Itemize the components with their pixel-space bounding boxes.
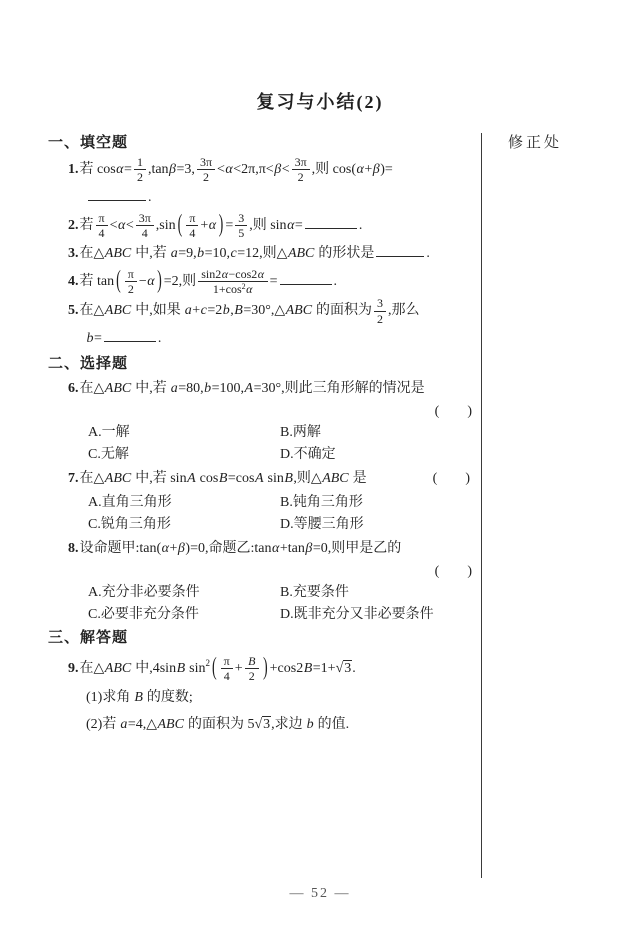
problem-7-options-row-2: C.锐角三角形D.等腰三角形 (48, 514, 472, 536)
problem-7-option-b: B.钝角三角形 (280, 492, 363, 514)
problem-1-blank-line: . (48, 185, 472, 211)
problem-5-blank-line: b=. (48, 326, 472, 352)
problem-8-options-row-1: A.充分非必要条件B.充要条件 (48, 582, 472, 604)
worksheet-page: 复习与小结(2) 修正处 一、填空题 1.若 cosα=12,tanβ=3,3π… (0, 0, 640, 948)
section-heading-fill-blank: 一、填空题 (48, 131, 472, 155)
problem-6-options-row-1: A.一解B.两解 (48, 422, 472, 444)
problem-7-options-row-1: A.直角三角形B.钝角三角形 (48, 492, 472, 514)
problem-3-text: 在△ABC 中,若 a=9,b=10,c=12,则△ABC 的形状是. (80, 246, 430, 261)
problem-6-option-b: B.两解 (280, 422, 321, 444)
problem-8-options-row-2: C.必要非充分条件D.既非充分又非必要条件 (48, 604, 472, 626)
problem-9: 9.在△ABC 中,4sinB sin2(π4+B2)+cos2B=1+√3. (48, 650, 472, 684)
problem-8-answer-paren: ( ) (48, 562, 472, 582)
problem-8-option-a: A.充分非必要条件 (88, 582, 280, 604)
problem-1-text: 若 cosα=12,tanβ=3,3π2<α<2π,π<β<3π2,则 cos(… (80, 162, 393, 177)
problem-5-number: 5. (68, 303, 79, 318)
problem-6-number: 6. (68, 381, 79, 396)
problem-8-number: 8. (68, 541, 79, 556)
problem-9-part-2: (2)若 a=4,△ABC 的面积为 5√3,求边 b 的值. (48, 711, 472, 738)
problem-5-text: 在△ABC 中,如果 a+c=2b,B=30°,△ABC 的面积为32,那么 (80, 303, 420, 318)
problem-1: 1.若 cosα=12,tanβ=3,3π2<α<2π,π<β<3π2,则 co… (48, 155, 472, 185)
worksheet-content: 一、填空题 1.若 cosα=12,tanβ=3,3π2<α<2π,π<β<3π… (48, 131, 472, 738)
problem-5: 5.在△ABC 中,如果 a+c=2b,B=30°,△ABC 的面积为32,那么 (48, 296, 472, 326)
problem-1-number: 1. (68, 162, 79, 177)
problem-9-number: 9. (68, 661, 79, 676)
problem-6-answer-paren: ( ) (48, 402, 472, 422)
problem-7-text: 在△ABC 中,若 sinA cosB=cosA sinB,则△ABC 是 (80, 471, 367, 486)
problem-6-options-row-2: C.无解D.不确定 (48, 444, 472, 466)
problem-7-number: 7. (68, 471, 79, 486)
problem-7: 7.在△ABC 中,若 sinA cosB=cosA sinB,则△ABC 是 … (48, 466, 472, 492)
problem-8-option-b: B.充要条件 (280, 582, 349, 604)
section-heading-multiple-choice: 二、选择题 (48, 352, 472, 376)
correction-area-label: 修正处 (508, 131, 562, 152)
problem-3-number: 3. (68, 246, 79, 261)
problem-4-text: 若 tan(π2−α)=2,则sin2α−cos2α1+cos2α=. (80, 274, 338, 289)
problem-3: 3.在△ABC 中,若 a=9,b=10,c=12,则△ABC 的形状是. (48, 241, 472, 267)
problem-9-part-1: (1)求角 B 的度数; (48, 684, 472, 711)
correction-column-divider (481, 133, 482, 878)
problem-6-text: 在△ABC 中,若 a=80,b=100,A=30°,则此三角形解的情况是 (80, 381, 425, 396)
problem-8-option-c: C.必要非充分条件 (88, 604, 280, 626)
problem-2-text: 若π4<α<3π4,sin(π4+α)=35,则 sinα=. (80, 218, 363, 233)
problem-8: 8.设命题甲:tan(α+β)=0,命题乙:tanα+tanβ=0,则甲是乙的 (48, 536, 472, 562)
section-heading-free-response: 三、解答题 (48, 626, 472, 650)
problem-4-number: 4. (68, 274, 79, 289)
problem-2: 2.若π4<α<3π4,sin(π4+α)=35,则 sinα=. (48, 211, 472, 241)
problem-8-text: 设命题甲:tan(α+β)=0,命题乙:tanα+tanβ=0,则甲是乙的 (80, 541, 402, 556)
problem-6-option-c: C.无解 (88, 444, 280, 466)
problem-7-option-d: D.等腰三角形 (280, 514, 364, 536)
problem-9-text: 在△ABC 中,4sinB sin2(π4+B2)+cos2B=1+√3. (80, 661, 356, 676)
problem-4: 4.若 tan(π2−α)=2,则sin2α−cos2α1+cos2α=. (48, 267, 472, 297)
page-title: 复习与小结(2) (0, 88, 640, 114)
page-number: — 52 — (0, 886, 640, 902)
problem-8-option-d: D.既非充分又非必要条件 (280, 604, 434, 626)
problem-6-option-d: D.不确定 (280, 444, 336, 466)
problem-2-number: 2. (68, 218, 79, 233)
problem-7-option-a: A.直角三角形 (88, 492, 280, 514)
problem-6-option-a: A.一解 (88, 422, 280, 444)
problem-7-question: 7.在△ABC 中,若 sinA cosB=cosA sinB,则△ABC 是 (68, 466, 367, 492)
problem-7-option-c: C.锐角三角形 (88, 514, 280, 536)
problem-7-answer-paren: ( ) (433, 466, 470, 492)
problem-6: 6.在△ABC 中,若 a=80,b=100,A=30°,则此三角形解的情况是 (48, 376, 472, 402)
